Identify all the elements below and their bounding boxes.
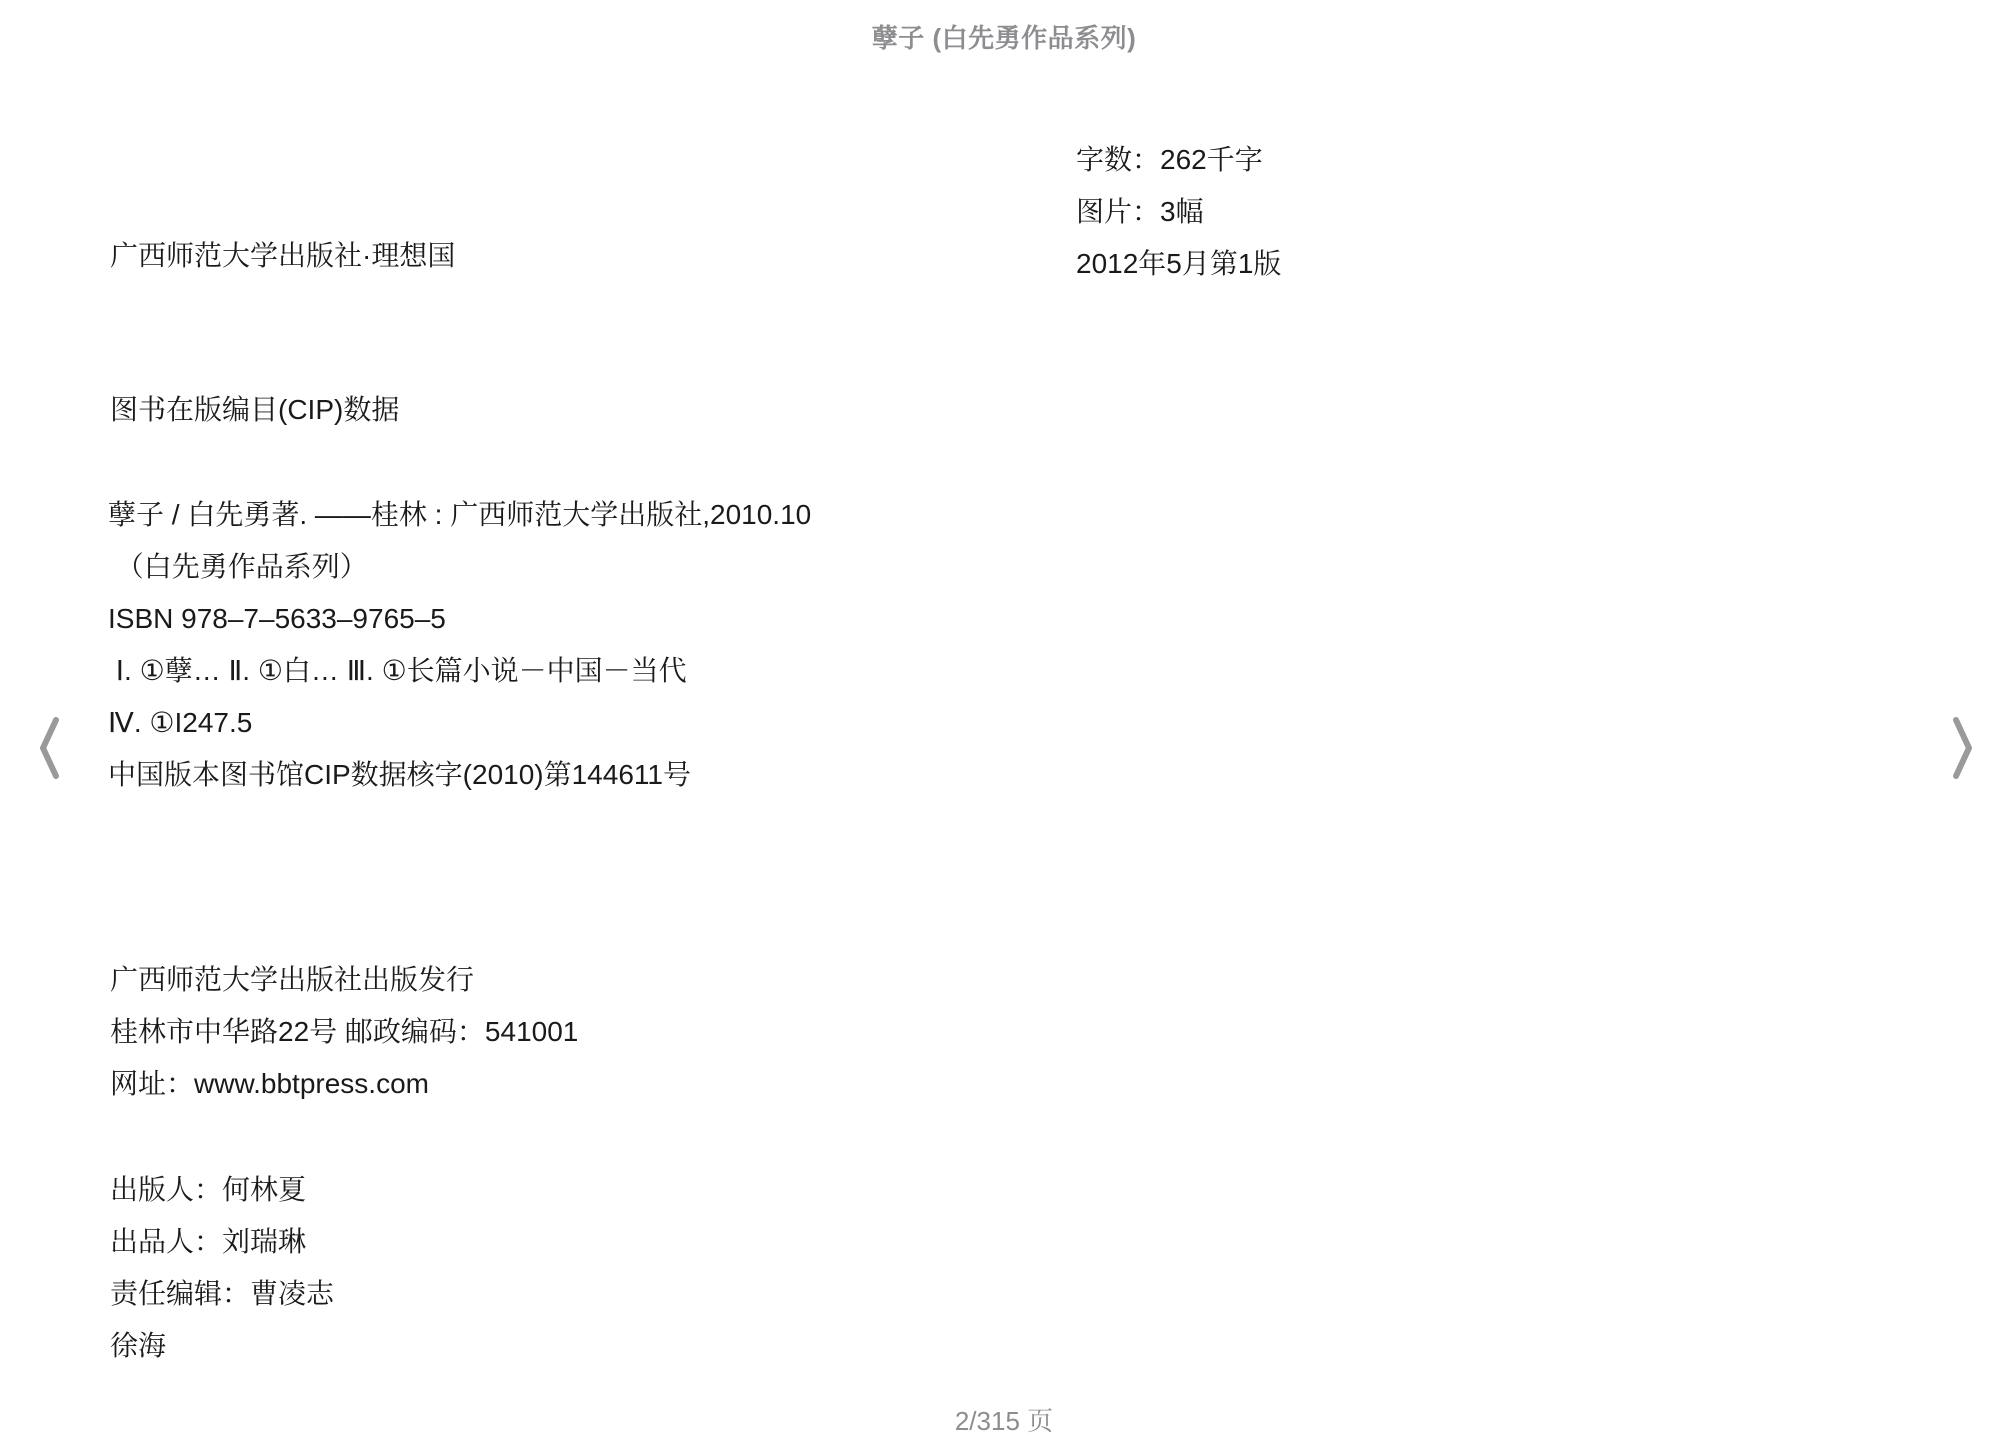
print-info-block: 字数：262千字 图片：3幅 2012年5月第1版 — [1076, 134, 1281, 290]
next-page-button[interactable] — [1940, 707, 1984, 789]
cip-class-number-line: Ⅳ. ①I247.5 — [108, 697, 811, 749]
reader-footer: 2/315 页 — [0, 1401, 2008, 1438]
word-count-line: 字数：262千字 — [1076, 134, 1281, 186]
cip-heading-block: 图书在版编目(CIP)数据 — [110, 384, 399, 436]
cip-heading-line: 图书在版编目(CIP)数据 — [110, 384, 399, 436]
cip-data-block: 孽子 / 白先勇著. ——桂林 : 广西师范大学出版社,2010.10 （白先勇… — [108, 489, 811, 801]
publisher-person-line: 出版人：何林夏 — [110, 1164, 334, 1216]
ebook-reader-page: 孽子 (白先勇作品系列) 字数：262千字 图片：3幅 2012年5月第1版 广… — [0, 0, 2008, 1452]
publisher-info-block: 广西师范大学出版社出版发行 桂林市中华路22号 邮政编码：541001 网址：w… — [110, 954, 578, 1110]
edition-line: 2012年5月第1版 — [1076, 238, 1281, 290]
chevron-right-icon — [1949, 715, 1975, 781]
editor-person-line-2: 徐海 — [110, 1320, 334, 1372]
cip-registry-number-line: 中国版本图书馆CIP数据核字(2010)第144611号 — [108, 749, 811, 801]
staff-block: 出版人：何林夏 出品人：刘瑞琳 责任编辑：曹凌志 徐海 — [110, 1164, 334, 1372]
cip-isbn-line: ISBN 978–7–5633–9765–5 — [108, 593, 811, 645]
publisher-address-line: 桂林市中华路22号 邮政编码：541001 — [110, 1006, 578, 1058]
publisher-brand-line: 广西师范大学出版社·理想国 — [110, 230, 455, 282]
prev-page-button[interactable] — [28, 707, 72, 789]
producer-person-line: 出品人：刘瑞琳 — [110, 1216, 334, 1268]
cip-title-author-line: 孽子 / 白先勇著. ——桂林 : 广西师范大学出版社,2010.10 — [108, 489, 811, 541]
publisher-brand-block: 广西师范大学出版社·理想国 — [110, 230, 455, 282]
publisher-website-line: 网址：www.bbtpress.com — [110, 1058, 578, 1110]
cip-series-line: （白先勇作品系列） — [108, 541, 811, 593]
editor-person-line: 责任编辑：曹凌志 — [110, 1268, 334, 1320]
picture-count-line: 图片：3幅 — [1076, 186, 1281, 238]
publisher-distribution-line: 广西师范大学出版社出版发行 — [110, 954, 578, 1006]
book-title: 孽子 (白先勇作品系列) — [872, 23, 1137, 53]
chevron-left-icon — [37, 715, 63, 781]
page-indicator: 2/315 页 — [955, 1406, 1053, 1436]
cip-classification-line: Ⅰ. ①孽… Ⅱ. ①白… Ⅲ. ①长篇小说－中国－当代 — [108, 645, 811, 697]
reader-header: 孽子 (白先勇作品系列) — [0, 18, 2008, 55]
